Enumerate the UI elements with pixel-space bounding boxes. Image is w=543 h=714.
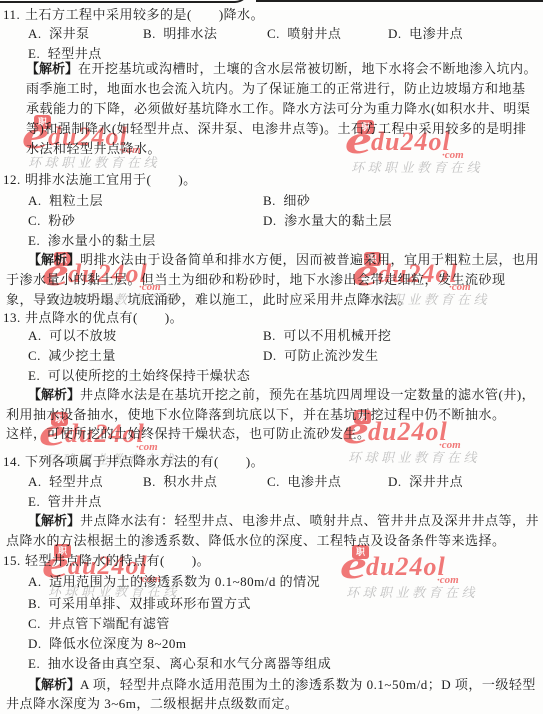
options-row: A. 可以不放坡B. 可以不用机械开挖 bbox=[28, 326, 391, 346]
option-c: C. 减少挖土量 bbox=[28, 346, 263, 366]
option-d: D. 渗水量大的黏土层 bbox=[263, 213, 392, 228]
analysis-label: 【解析】 bbox=[28, 252, 80, 267]
option-d: D. 电渗井点 bbox=[388, 26, 463, 41]
watermark-edu24ol: 职edu24ol·com 环球职业教育在线 bbox=[340, 549, 478, 601]
page-top-rule-left bbox=[0, 0, 249, 3]
analysis-line: 利用抽水设备抽水，使地下水位降落到坑底以下，并在基坑开挖过程中仍不断抽水。 bbox=[6, 405, 506, 425]
watermark-com-suffix: ·com bbox=[439, 439, 461, 451]
option-c: C. 井点管下端配有滤管 bbox=[28, 616, 170, 631]
analysis-line: 这样，可使所挖的土始终保持干燥状态，也可防止流砂发生。 bbox=[6, 424, 371, 444]
option-c: C. 粉砂 bbox=[28, 211, 263, 231]
analysis-line: 【解析】井点降水法是在基坑开挖之前，预先在基坑四周埋设一定数量的滤水管(井)， bbox=[28, 385, 535, 405]
page-top-rule-right bbox=[256, 0, 543, 2]
analysis-label: 【解析】 bbox=[26, 61, 78, 76]
options-row: A. 轻型井点B. 积水井点C. 电渗井点D. 深井井点 bbox=[28, 472, 463, 492]
question-number: 12. bbox=[3, 170, 25, 190]
option-a: A. 粗粒土层 bbox=[28, 191, 263, 211]
question-number: 14. bbox=[3, 452, 25, 472]
option-b: B. 可采用单排、双排或环形布置方式 bbox=[28, 596, 251, 611]
option-a: A. 适用范围为土的渗透系数为 0.1~80m/d 的情况 bbox=[28, 574, 320, 589]
option-d: D. 可防止流沙发生 bbox=[263, 348, 379, 363]
options-row: A. 深井泵B. 明排水法C. 喷射井点D. 电渗井点 bbox=[28, 24, 463, 44]
question-stem: 13.井点降水的优点有( )。 bbox=[3, 308, 183, 328]
analysis-label: 【解析】 bbox=[28, 677, 80, 692]
analysis-label: 【解析】 bbox=[28, 513, 80, 528]
analysis-line: 井点降水深度为 3~6m，二级根据井点级数而定。 bbox=[6, 694, 298, 714]
option-e: E. 抽水设备由真空泵、离心泵和水气分离器等组成 bbox=[28, 656, 331, 671]
watermark-com-suffix: ·com bbox=[437, 574, 459, 586]
option-a: A. 深井泵 bbox=[28, 24, 143, 44]
question-stem: 11.土石方工程中采用较多的是( )降水。 bbox=[3, 5, 264, 25]
option-d: D. 降低水位深度为 8~20m bbox=[28, 636, 187, 651]
options-row: C. 减少挖土量D. 可防止流沙发生 bbox=[28, 346, 379, 366]
question-stem: 12.明排水法施工宜用于( )。 bbox=[3, 170, 197, 190]
option-b: B. 明排水法 bbox=[143, 24, 267, 44]
option-b: B. 积水井点 bbox=[143, 472, 267, 492]
options-row: D. 降低水位深度为 8~20m bbox=[28, 634, 187, 654]
watermark-logo: 职edu24ol·com bbox=[340, 549, 478, 581]
analysis-line: 象，导致边坡坍塌、坑底涌砂，难以施工，此时应采用井点降水法。 bbox=[6, 290, 411, 310]
question-stem-text: 明排水法施工宜用于( )。 bbox=[25, 172, 197, 187]
options-row: C. 井点管下端配有滤管 bbox=[28, 614, 170, 634]
question-number: 11. bbox=[3, 5, 25, 25]
analysis-label: 【解析】 bbox=[28, 387, 80, 402]
options-row: E. 渗水量小的黏土层 bbox=[28, 231, 156, 251]
analysis-line: 点降水的方法根据土的渗透系数、降低水位的深度、工程特点及设备条件等来选择。 bbox=[6, 531, 506, 551]
analysis-line: 水法和轻型井点降水。 bbox=[26, 139, 161, 159]
analysis-line: 【解析】在开挖基坑或沟槽时，土壤的含水层常被切断，地下水将会不断地渗入坑内。 bbox=[26, 59, 537, 79]
analysis-line: 于渗水量小的黏土层。但当土为细砂和粉砂时，地下水渗出会带走细粒，发生流砂现 bbox=[6, 270, 506, 290]
analysis-line: 承载能力的下降，必须做好基坑降水工作。降水方法可分为重力降水(如积水井、明渠 bbox=[26, 99, 530, 119]
options-row: A. 粗粒土层B. 细砂 bbox=[28, 191, 310, 211]
options-row: E. 可以使所挖的土始终保持干燥状态 bbox=[28, 366, 250, 386]
analysis-line: 雨季施工时，地面水也会流入坑内。为了保证施工的正常进行，防止边坡塌方和地基 bbox=[26, 79, 526, 99]
question-stem-text: 土石方工程中采用较多的是( )降水。 bbox=[25, 7, 264, 22]
option-a: A. 轻型井点 bbox=[28, 472, 143, 492]
question-number: 13. bbox=[3, 308, 25, 328]
question-stem-text: 井点降水的优点有( )。 bbox=[25, 310, 183, 325]
analysis-line: 【解析】明排水法由于设备简单和排水方便，因而被普遍采用，宜用于粗粒土层，也用 bbox=[28, 250, 539, 270]
option-d: D. 深井井点 bbox=[388, 474, 463, 489]
option-b: B. 细砂 bbox=[263, 193, 310, 208]
option-c: C. 电渗井点 bbox=[267, 472, 388, 492]
options-row: B. 可采用单排、双排或环形布置方式 bbox=[28, 594, 251, 614]
question-stem-text: 下列各项属于井点降水方法的有( )。 bbox=[25, 454, 264, 469]
question-stem-text: 轻型井点降水的特点有( )。 bbox=[25, 553, 210, 568]
options-row: A. 适用范围为土的渗透系数为 0.1~80m/d 的情况 bbox=[28, 572, 320, 592]
question-stem: 14.下列各项属于井点降水方法的有( )。 bbox=[3, 452, 264, 472]
analysis-line: 【解析】井点降水法有：轻型井点、电渗井点、喷射井点、管井井点及深井井点等，井 bbox=[28, 511, 539, 531]
analysis-line: 【解析】A 项，轻型井点降水适用范围为土的渗透系数为 0.1~50m/d；D 项… bbox=[28, 675, 536, 695]
option-e: E. 管井井点 bbox=[28, 494, 102, 509]
question-number: 15. bbox=[3, 551, 25, 571]
option-b: B. 可以不用机械开挖 bbox=[263, 328, 391, 343]
document-page: 职edu24ol·com 环球职业教育在线 职edu24ol·com 环球职业教… bbox=[0, 0, 543, 714]
analysis-line: 等)和强制降水(如轻型井点、深井泵、电渗井点等)。土石方工程中采用较多的是明排 bbox=[26, 119, 527, 139]
option-c: C. 喷射井点 bbox=[267, 24, 388, 44]
options-row: E. 管井井点 bbox=[28, 492, 102, 512]
options-row: C. 粉砂D. 渗水量大的黏土层 bbox=[28, 211, 392, 231]
watermark-com-suffix: ·com bbox=[442, 149, 464, 161]
option-e: E. 可以使所挖的土始终保持干燥状态 bbox=[28, 368, 250, 383]
options-row: E. 抽水设备由真空泵、离心泵和水气分离器等组成 bbox=[28, 654, 331, 674]
option-a: A. 可以不放坡 bbox=[28, 326, 263, 346]
question-stem: 15.轻型井点降水的特点有( )。 bbox=[3, 551, 210, 571]
option-e: E. 渗水量小的黏土层 bbox=[28, 233, 156, 248]
